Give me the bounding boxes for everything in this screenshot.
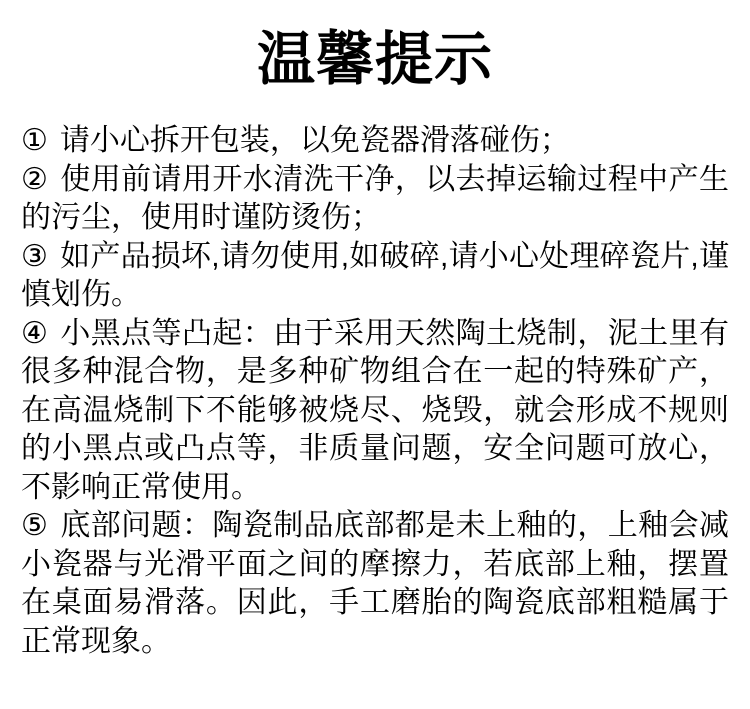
note-number-4: ④ [21, 317, 48, 350]
note-text-4: 小黑点等凸起：由于采用天然陶土烧制，泥土里有很多种混合物，是多种矿物组合在一起的… [21, 317, 729, 504]
note-text-3: 如产品损坏,请勿使用,如破碎,请小心处理碎瓷片,谨慎划伤。 [21, 240, 729, 312]
note-text-5: 底部问题：陶瓷制品底部都是未上釉的，上釉会减小瓷器与光滑平面之间的摩擦力，若底部… [21, 509, 729, 658]
page-title: 温馨提示 [0, 0, 750, 96]
note-number-5: ⑤ [21, 509, 48, 542]
note-number-3: ③ [21, 240, 48, 273]
note-text-2: 使用前请用开水清洗干净，以去掉运输过程中产生的污尘，使用时谨防烫伤； [21, 163, 729, 235]
note-item-5: ⑤底部问题：陶瓷制品底部都是未上釉的，上釉会减小瓷器与光滑平面之间的摩擦力，若底… [21, 507, 729, 661]
note-item-3: ③如产品损坏,请勿使用,如破碎,请小心处理碎瓷片,谨慎划伤。 [21, 238, 729, 315]
note-item-4: ④小黑点等凸起：由于采用天然陶土烧制，泥土里有很多种混合物，是多种矿物组合在一起… [21, 315, 729, 508]
note-text-1: 请小心拆开包装，以免瓷器滑落碰伤； [60, 124, 570, 157]
note-number-1: ① [21, 124, 48, 157]
note-item-2: ②使用前请用开水清洗干净，以去掉运输过程中产生的污尘，使用时谨防烫伤； [21, 161, 729, 238]
notice-page: 温馨提示 ①请小心拆开包装，以免瓷器滑落碰伤； ②使用前请用开水清洗干净，以去掉… [0, 0, 750, 709]
note-item-1: ①请小心拆开包装，以免瓷器滑落碰伤； [21, 122, 729, 161]
note-number-2: ② [21, 163, 48, 196]
notes-list: ①请小心拆开包装，以免瓷器滑落碰伤； ②使用前请用开水清洗干净，以去掉运输过程中… [21, 122, 729, 661]
